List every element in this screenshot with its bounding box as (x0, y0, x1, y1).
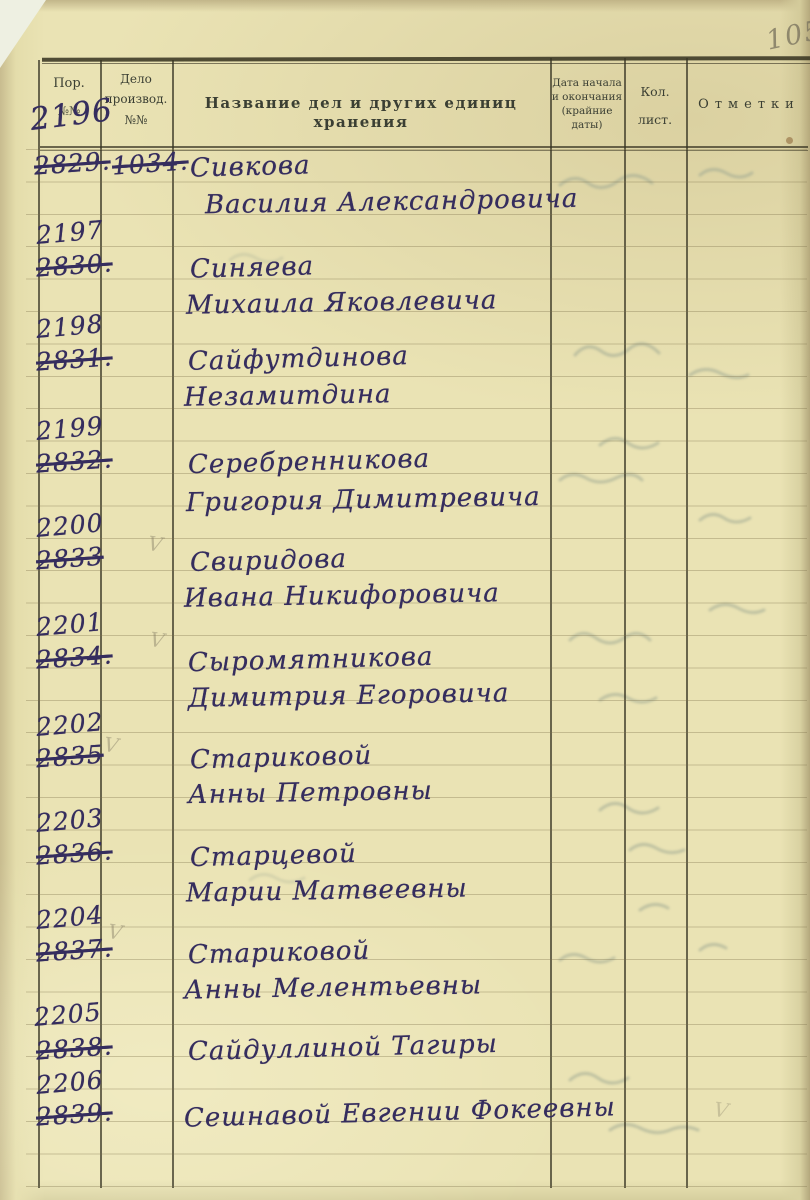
table-top-border (42, 56, 810, 62)
entry-serial-old-crossed: 2836. (35, 836, 113, 870)
entry-serial-old-crossed: 2838. (35, 1031, 113, 1065)
entry-name-surname: Сыромятникова (188, 642, 434, 678)
sheet-number-pencil: 105 (763, 14, 810, 56)
ink-stain (786, 137, 793, 144)
entry-serial-old-crossed: 2832. (35, 444, 113, 478)
entry-serial-old-crossed: 2829. (33, 146, 111, 180)
entry-name-patronymic: Григория Димитревича (186, 482, 541, 518)
entry-serial-new: 2199 (35, 411, 105, 446)
column-header-serial-line1: Пор. (38, 76, 100, 92)
column-header-sheets-line2: лист. (624, 112, 686, 128)
entry-name-patronymic: Анны Петровны (188, 776, 433, 810)
column-header-dates-line1: Дата начала (550, 77, 624, 91)
entry-name-surname: Серебренникова (188, 444, 431, 480)
entry-serial-new: 2200 (35, 508, 105, 543)
column-header-case-line1: Дело (100, 72, 172, 87)
entry-name-patronymic: Димитрия Егоровича (188, 678, 510, 714)
scan-corner-backing (0, 0, 46, 68)
entry-name-patronymic: Михаила Яковлевича (186, 285, 498, 320)
entry-case-no-crossed: 1034. (111, 146, 189, 180)
entry-name-surname: Сайфутдинова (188, 341, 410, 377)
column-header-dates-line2: и окончания (550, 91, 624, 104)
entry-serial-old-crossed: 2839. (35, 1097, 113, 1131)
column-header-title: Название дел и других единиц хранения (176, 94, 546, 132)
entry-serial-new: 2203 (35, 803, 105, 838)
entry-name-surname: Свиридова (190, 544, 348, 578)
entry-name-surname: Старцевой (190, 839, 357, 873)
entry-name-patronymic: Анны Мелентьевны (184, 970, 483, 1005)
entry-serial-new: 2202 (35, 707, 105, 742)
entry-serial-old-crossed: 2834. (35, 640, 113, 674)
entry-serial-old-crossed: 2833 (35, 542, 104, 576)
entry-serial-new: 2201 (35, 607, 105, 642)
entry-serial-new: 2206 (35, 1065, 105, 1100)
column-header-notes: Отметки (690, 97, 808, 113)
entry-name-surname: Стариковой (190, 741, 373, 776)
entry-name-patronymic: Незамитдина (184, 379, 392, 413)
table-top-border-inner (42, 63, 810, 64)
entry-serial-new: 2198 (35, 309, 105, 344)
entry-serial-new: 2205 (33, 997, 103, 1032)
entry-serial-old-crossed: 2835 (35, 740, 104, 774)
entry-serial-old-crossed: 2831. (35, 342, 113, 376)
entry-serial-new: 2204 (35, 900, 105, 935)
entry-serial-new: 2197 (35, 215, 105, 250)
entry-name-surname: Синяева (190, 251, 315, 284)
column-header-dates-line4: даты) (550, 119, 624, 132)
scanned-archive-inventory-page: 105 Пор. №№ Дело производ. №№ Название д… (0, 0, 810, 1200)
entry-name-patronymic: Ивана Никифоровича (184, 578, 500, 614)
entry-name-patronymic: Марии Матвеевны (186, 874, 468, 909)
entry-serial-old-crossed: 2830. (35, 248, 113, 282)
column-header-dates-line3: (крайние (550, 105, 624, 118)
entry-serial-old-crossed: 2837. (35, 933, 113, 967)
entry-name-surname: Сивкова (190, 150, 311, 183)
entry-name-surname: Стариковой (188, 936, 371, 971)
column-header-sheets-line1: Кол. (624, 84, 686, 100)
